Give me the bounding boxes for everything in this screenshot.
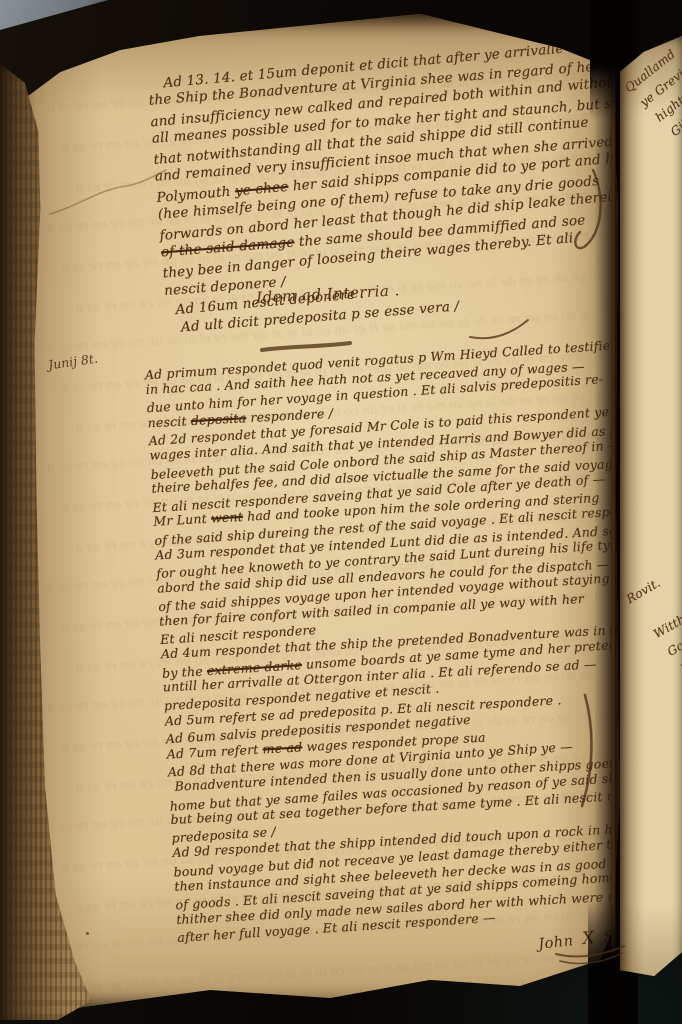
ink-spot — [86, 932, 89, 935]
manuscript-fragment: Rovit. — [624, 576, 666, 613]
left-manuscript-page: un mi ce on re as de la ne vo ma se ti e… — [18, 12, 622, 1014]
deposition-section-1: Ad 13. 14. et 15um deponit et dicit that… — [147, 37, 619, 75]
table-corner — [0, 0, 108, 30]
bleedthrough-line: un mi ce on re as de la ne vo ma se ti e… — [62, 947, 610, 994]
book-photo: un mi ce on re as de la ne vo ma se ti e… — [0, 0, 682, 1024]
right-page-sliver: Quallamdye Grevishight soGilbert Lupromi… — [620, 26, 682, 1024]
ink-spot — [310, 858, 313, 861]
ink-spot — [420, 474, 423, 477]
signature-name: John — [538, 933, 575, 953]
